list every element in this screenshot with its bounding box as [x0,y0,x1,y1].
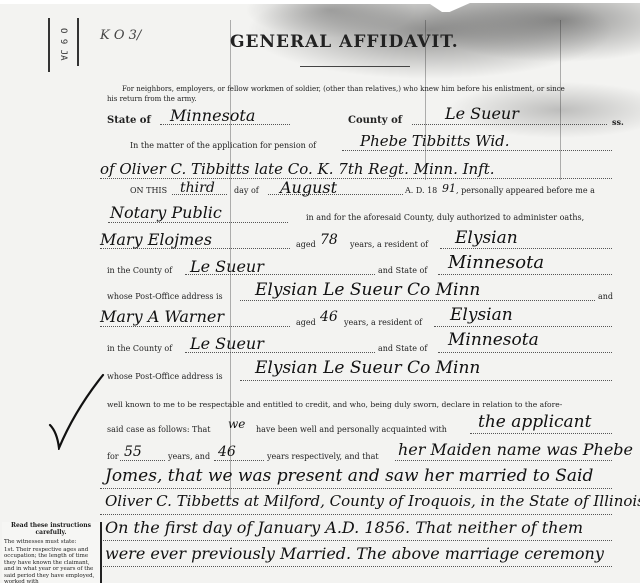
margin-bar [48,18,50,72]
statement-text: her Maiden name was Phebe [398,440,633,459]
claimant-name: Phebe Tibbitts Wid. [360,132,510,150]
witness2-age: 46 [320,309,338,325]
years-and-label: years, and [168,452,210,461]
day-of-label: day of [234,186,259,195]
state-label: State of [107,115,151,126]
check-mark-icon [45,370,105,450]
witness2-name: Mary A Warner [100,307,224,326]
instructions-line: The witnesses must state: [2,539,100,546]
intro-text: his return from the army. [107,95,197,103]
instructions-heading: Read these instructions carefully. [2,522,100,536]
ad-label: A. D. 18 [405,186,437,195]
resident-label: years, a resident of [344,318,422,327]
county-label: County of [348,115,402,126]
witness2-residence: Elysian [450,305,513,325]
for-label: for [107,452,119,461]
appeared-text: , personally appeared before me a [456,186,595,195]
witness1-state: Minnesota [448,252,544,273]
statement-line: Jomes, that we was present and saw her m… [105,466,593,486]
state-value: Minnesota [170,106,255,125]
county-label: in the County of [107,344,172,353]
resident-label: years, a resident of [350,240,428,249]
title-flourish [300,66,410,67]
margin-bar [77,18,79,66]
witness1-age: 78 [320,232,338,248]
witness1-county: Le Sueur [190,257,264,276]
county-label: in the County of [107,266,172,275]
ss-label: ss. [612,117,624,127]
and-label: and [598,292,613,301]
state-label: and State of [378,344,427,353]
we-value: we [228,417,245,431]
statement-line: Oliver C. Tibbetts at Milford, County of… [105,492,640,510]
declaration-text: have been well and personally acquainted… [256,425,447,434]
witness1-name: Mary Elojmes [100,230,212,249]
aged-label: aged [296,318,316,327]
years1-value: 55 [124,444,142,460]
po-label: whose Post-Office address is [107,372,223,381]
years2-value: 46 [218,444,236,460]
matter-label: In the matter of the application for pen… [130,141,316,150]
state-label: and State of [378,266,427,275]
page-title: GENERAL AFFIDAVIT. [230,32,459,52]
statement-line: were ever previously Married. The above … [105,544,604,563]
day-value: third [180,180,215,196]
county-value: Le Sueur [445,104,519,123]
instructions-line: 1st. Their respective ages and occupatio… [2,547,100,583]
years-respectively-label: years respectively, and that [267,452,379,461]
year-value: 91 [442,182,456,195]
intro-text: For neighbors, employers, or fellow work… [122,85,565,93]
margin-stamp: O 9 JA [58,28,68,61]
month-value: August [280,178,337,197]
soldier-name: of Oliver C. Tibbitts late Co. K. 7th Re… [100,160,495,178]
witness1-residence: Elysian [455,228,518,248]
affidavit-page: O 9 JA K O 3/ GENERAL AFFIDAVIT. For nei… [0,0,640,583]
declaration-text: said case as follows: That [107,425,211,434]
witness2-state: Minnesota [448,330,539,350]
witness1-po-address: Elysian Le Sueur Co Minn [255,280,480,300]
aged-label: aged [296,240,316,249]
witness2-po-address: Elysian Le Sueur Co Minn [255,358,480,378]
declaration-text: well known to me to be respectable and e… [107,400,562,409]
witness2-county: Le Sueur [190,334,264,353]
corner-note: K O 3/ [100,28,141,43]
officer-text: in and for the aforesaid County, duly au… [306,213,584,222]
acquainted-with-value: the applicant [478,412,591,432]
fold-line [560,20,561,180]
po-label: whose Post-Office address is [107,292,223,301]
statement-line: On the first day of January A.D. 1856. T… [105,518,583,537]
instructions-box: Read these instructions carefully. The w… [2,522,102,583]
on-this-label: ON THIS [130,186,167,195]
officer-title: Notary Public [110,203,222,222]
torn-edge [0,0,640,12]
